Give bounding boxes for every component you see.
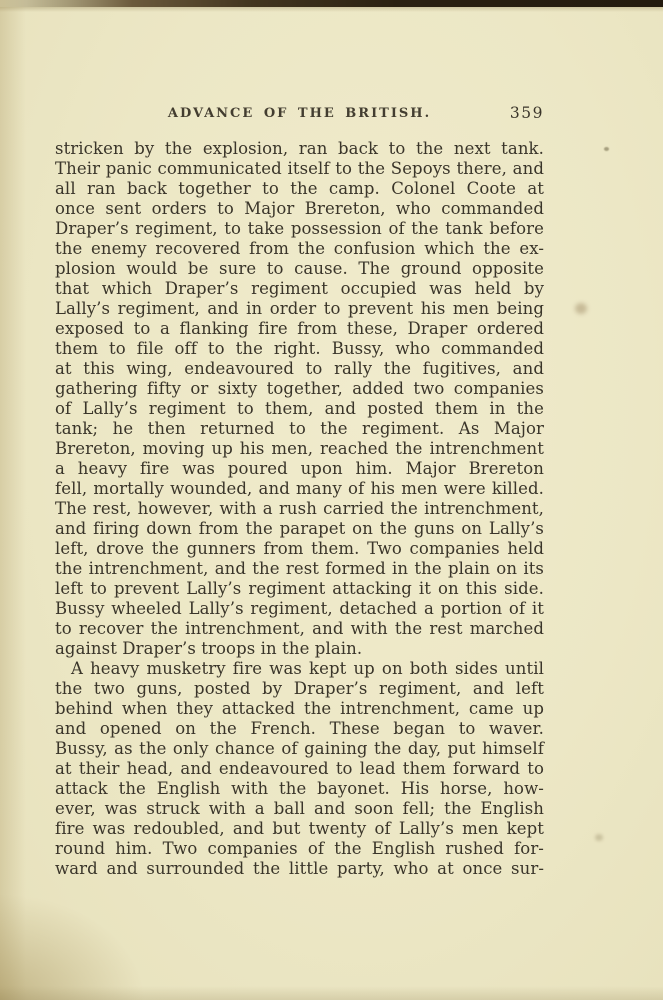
text-line: at their head, and endeavoured to lead t…: [55, 759, 544, 779]
text-line: fell, mortally wounded, and many of his …: [55, 479, 544, 499]
page-edge-shadow-top-soft: [0, 7, 663, 12]
text-line: stricken by the explosion, ran back to t…: [55, 139, 544, 159]
paper-speck: [575, 303, 587, 314]
text-line: the intrenchment, and the rest formed in…: [55, 559, 544, 579]
text-line: the two guns, posted by Draper’s regimen…: [55, 679, 544, 699]
text-line: of Lally’s regiment to them, and posted …: [55, 399, 544, 419]
page-corner-shadow-bottom-left: [0, 890, 150, 1000]
page-edge-shadow-top: [0, 0, 663, 7]
text-line: left to prevent Lally’s regiment attacki…: [55, 579, 544, 599]
text-line: all ran back together to the camp. Colon…: [55, 179, 544, 199]
text-line: and opened on the French. These began to…: [55, 719, 544, 739]
text-line: attack the English with the bayonet. His…: [55, 779, 544, 799]
text-line: fire was redoubled, and but twenty of La…: [55, 819, 544, 839]
text-line: against Draper’s troops in the plain.: [55, 639, 544, 659]
running-header: ADVANCE OF THE BRITISH. 359: [55, 106, 544, 126]
text-line: that which Draper’s regiment occupied wa…: [55, 279, 544, 299]
text-line: plosion would be sure to cause. The grou…: [55, 259, 544, 279]
running-header-title: ADVANCE OF THE BRITISH.: [55, 106, 544, 121]
text-line: A heavy musketry fire was kept up on bot…: [55, 659, 544, 679]
text-line: ward and surrounded the little party, wh…: [55, 859, 544, 879]
text-line: Bussy, as the only chance of gaining the…: [55, 739, 544, 759]
text-line: Lally’s regiment, and in order to preven…: [55, 299, 544, 319]
text-line: round him. Two companies of the English …: [55, 839, 544, 859]
text-line: Bussy wheeled Lally’s regiment, detached…: [55, 599, 544, 619]
page-edge-shadow-left: [0, 0, 26, 1000]
paper-speck: [604, 147, 609, 151]
book-page: ADVANCE OF THE BRITISH. 359 stricken by …: [0, 0, 663, 1000]
text-line: at this wing, endeavoured to rally the f…: [55, 359, 544, 379]
text-line: gathering fifty or sixty together, added…: [55, 379, 544, 399]
text-line: Their panic communicated itself to the S…: [55, 159, 544, 179]
text-line: The rest, however, with a rush carried t…: [55, 499, 544, 519]
text-block: stricken by the explosion, ran back to t…: [55, 139, 544, 879]
text-line: exposed to a flanking fire from these, D…: [55, 319, 544, 339]
text-line: to recover the intrenchment, and with th…: [55, 619, 544, 639]
text-line: Brereton, moving up his men, reached the…: [55, 439, 544, 459]
text-line: behind when they attacked the intrenchme…: [55, 699, 544, 719]
text-line: the enemy recovered from the confusion w…: [55, 239, 544, 259]
text-line: ever, was struck with a ball and soon fe…: [55, 799, 544, 819]
text-line: Draper’s regiment, to take possession of…: [55, 219, 544, 239]
text-line: them to file off to the right. Bussy, wh…: [55, 339, 544, 359]
text-line: once sent orders to Major Brereton, who …: [55, 199, 544, 219]
text-line: and firing down from the parapet on the …: [55, 519, 544, 539]
page-number: 359: [510, 104, 544, 122]
paper-speck: [595, 834, 603, 841]
text-line: a heavy fire was poured upon him. Major …: [55, 459, 544, 479]
text-line: tank; he then returned to the regiment. …: [55, 419, 544, 439]
page-edge-shadow-bottom: [0, 986, 663, 1000]
text-line: left, drove the gunners from them. Two c…: [55, 539, 544, 559]
